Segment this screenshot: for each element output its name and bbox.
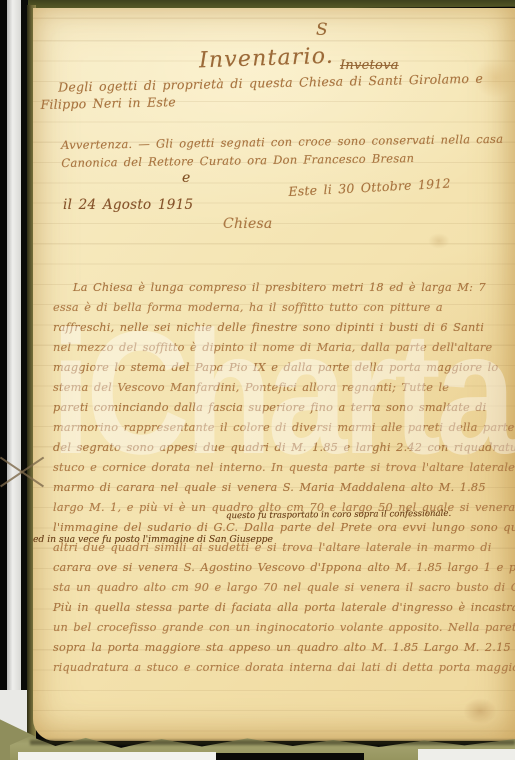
manuscript-line: Più in quella stessa parte di faciata al… bbox=[53, 598, 515, 618]
manuscript-line: essa è di bella forma moderna, ha il sof… bbox=[53, 298, 515, 318]
manuscript-line: maggiore lo stema del Papa Pio IX e dall… bbox=[53, 358, 515, 378]
manuscript-line: riquadratura a stuco e cornice dorata in… bbox=[53, 658, 515, 678]
manuscript-line: pareti cominciando dalla fascia superior… bbox=[53, 398, 515, 418]
dateline-agosto: il 24 Agosto 1915 bbox=[63, 197, 193, 213]
scanned-manuscript-photo: S Inventario. Invetova Degli ogetti di p… bbox=[0, 0, 515, 760]
paper-stain bbox=[428, 233, 450, 249]
manuscript-body: La Chiesa è lunga compreso il presbitero… bbox=[53, 278, 515, 678]
scan-background-patch bbox=[418, 749, 515, 760]
manuscript-line: sta un quadro alto cm 90 e largo 70 nel … bbox=[53, 578, 515, 598]
manuscript-line: del segrato sono appesi due quadri di M.… bbox=[53, 438, 515, 458]
manuscript-line: stuco e cornice dorata nel interno. In q… bbox=[53, 458, 515, 478]
pencil-cross-mark bbox=[0, 450, 40, 496]
manuscript-line: carara ove si venera S. Agostino Vescovo… bbox=[53, 558, 515, 578]
manuscript-line: marmo di carara nel quale si venera S. M… bbox=[53, 478, 515, 498]
interlinear-note: ed in sua vece fu posto l'immagine di Sa… bbox=[33, 534, 273, 545]
scan-edge-white-strip bbox=[7, 0, 21, 760]
manuscript-line: La Chiesa è lunga compreso il presbitero… bbox=[53, 278, 515, 298]
scan-background-patch bbox=[18, 752, 216, 760]
manuscript-page: S Inventario. Invetova Degli ogetti di p… bbox=[33, 8, 515, 741]
paper-stain bbox=[463, 698, 497, 724]
page-number-mark: S bbox=[316, 20, 328, 40]
manuscript-line: marmorino rappresentante il colore di di… bbox=[53, 418, 515, 438]
section-heading: Chiesa bbox=[223, 216, 273, 232]
manuscript-line: sopra la porta maggiore sta appeso un qu… bbox=[53, 638, 515, 658]
manuscript-line: stema del Vescovo Manfardini, Pontefici … bbox=[53, 378, 515, 398]
conjunction-mark: e bbox=[182, 170, 191, 186]
scan-background-patch bbox=[216, 753, 364, 760]
manuscript-line: nel mezzo del soffitto è dipinto il nome… bbox=[53, 338, 515, 358]
manuscript-line: raffreschi, nelle sei nichie delle fines… bbox=[53, 318, 515, 338]
page-shadow bbox=[30, 740, 515, 745]
manuscript-line: un bel crocefisso grande con un inginoca… bbox=[53, 618, 515, 638]
notice-block: Avvertenza. — Gli ogetti segnati con cro… bbox=[61, 130, 504, 172]
document-title: Inventario. bbox=[199, 44, 335, 74]
